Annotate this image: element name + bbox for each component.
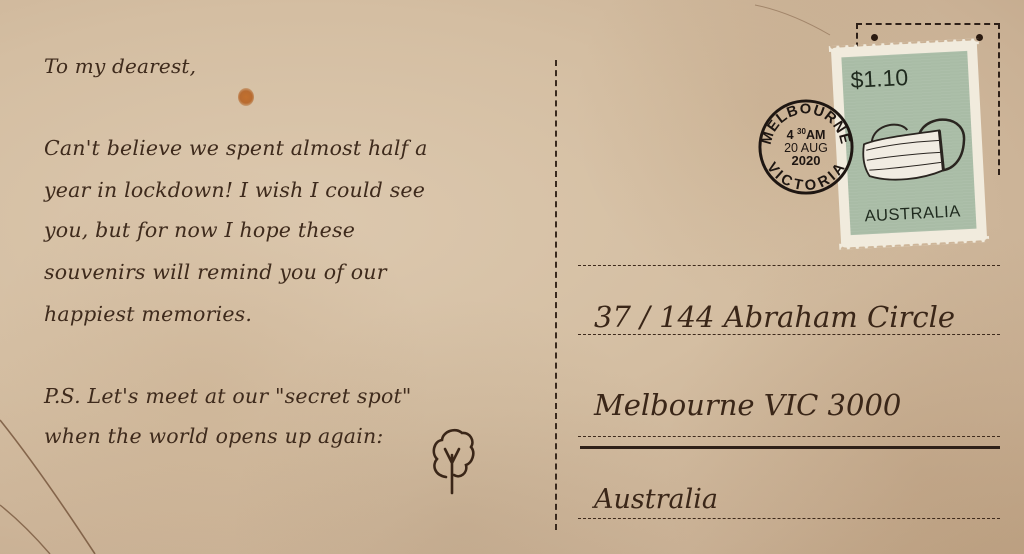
stamp-face: $1.10 AUSTRALIA [841,51,976,235]
address-rule [578,518,1000,519]
postcard-divider [555,60,557,530]
address-line-1: 37 / 144 Abraham Circle [594,300,955,334]
message-line: happiest memories. [44,302,252,326]
address-rule [578,436,1000,437]
postmark-center: 4 30AM 20 AUG 2020 [757,128,855,167]
message-line: you, but for now I hope these [44,218,355,242]
ps-line: when the world opens up again: [44,424,384,448]
address-rule [578,334,1000,335]
postmark-year: 2020 [757,154,855,167]
address-solid-rule [580,446,1000,449]
address-line-2: Melbourne VIC 3000 [594,388,901,422]
postmark-minute: 30 [797,127,806,136]
address-line-3: Australia [594,484,718,515]
message-line: year in lockdown! I wish I could see [44,178,425,202]
ink-stain [238,88,254,106]
ps-line: P.S. Let's meet at our "secret spot" [44,384,412,408]
tree-icon [428,425,476,497]
stamp-country: AUSTRALIA [849,202,976,228]
greeting: To my dearest, [44,54,196,78]
postage-stamp: $1.10 AUSTRALIA [833,42,985,245]
punch-hole [871,34,878,41]
message-line: souvenirs will remind you of our [44,260,387,284]
address-rule [578,265,1000,266]
stamp-price: $1.10 [850,64,909,94]
face-mask-icon [858,111,974,193]
message-line: Can't believe we spent almost half a [44,136,428,160]
